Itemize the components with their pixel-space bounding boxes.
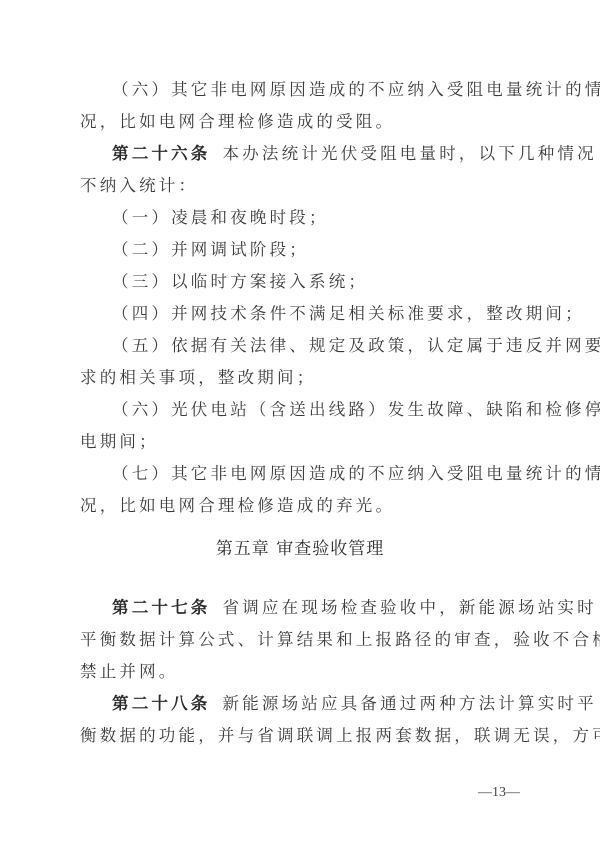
text-line: （六）其它非电网原因造成的不应纳入受阻电量统计的情 bbox=[112, 80, 522, 100]
list-item: （三）以临时方案接入系统； bbox=[112, 272, 522, 292]
text-line: 平衡数据计算公式、计算结果和上报路径的审查，验收不合格 bbox=[80, 630, 522, 650]
article-number: 第二十七条 bbox=[112, 598, 211, 617]
article-paragraph: 第二十八条新能源场站应具备通过两种方法计算实时平 bbox=[112, 694, 522, 714]
text-line: 衡数据的功能，并与省调联调上报两套数据，联调无误，方可 bbox=[80, 726, 522, 746]
article-text: 新能源场站应具备通过两种方法计算实时平 bbox=[223, 694, 597, 713]
article-paragraph: 第二十七条省调应在现场检查验收中，新能源场站实时 bbox=[112, 598, 522, 618]
text-line: 况，比如电网合理检修造成的弃光。 bbox=[80, 496, 522, 516]
text-line: 求的相关事项，整改期间； bbox=[80, 368, 522, 388]
text-line: 禁止并网。 bbox=[80, 662, 522, 682]
article-text: 本办法统计光伏受阻电量时，以下几种情况 bbox=[223, 144, 597, 163]
list-item: （一）凌晨和夜晚时段； bbox=[112, 208, 522, 228]
list-item: （二）并网调试阶段； bbox=[112, 240, 522, 260]
text-line: 电期间； bbox=[80, 432, 522, 452]
page-number: —13— bbox=[478, 785, 520, 801]
document-page: （六）其它非电网原因造成的不应纳入受阻电量统计的情 况，比如电网合理检修造成的受… bbox=[0, 0, 600, 848]
article-paragraph: 第二十六条本办法统计光伏受阻电量时，以下几种情况 bbox=[112, 144, 522, 164]
article-number: 第二十六条 bbox=[112, 144, 211, 163]
text-line: 况，比如电网合理检修造成的受阻。 bbox=[80, 112, 522, 132]
list-item: （六）光伏电站（含送出线路）发生故障、缺陷和检修停 bbox=[112, 400, 522, 420]
list-item: （五）依据有关法律、规定及政策，认定属于违反并网要 bbox=[112, 336, 522, 356]
list-item: （七）其它非电网原因造成的不应纳入受阻电量统计的情 bbox=[112, 464, 522, 484]
list-item: （四）并网技术条件不满足相关标准要求，整改期间； bbox=[112, 304, 522, 324]
article-text: 省调应在现场检查验收中，新能源场站实时 bbox=[223, 598, 597, 617]
article-number: 第二十八条 bbox=[112, 694, 211, 713]
chapter-heading: 第五章 审查验收管理 bbox=[0, 534, 600, 559]
text-line: 不纳入统计： bbox=[80, 176, 522, 196]
